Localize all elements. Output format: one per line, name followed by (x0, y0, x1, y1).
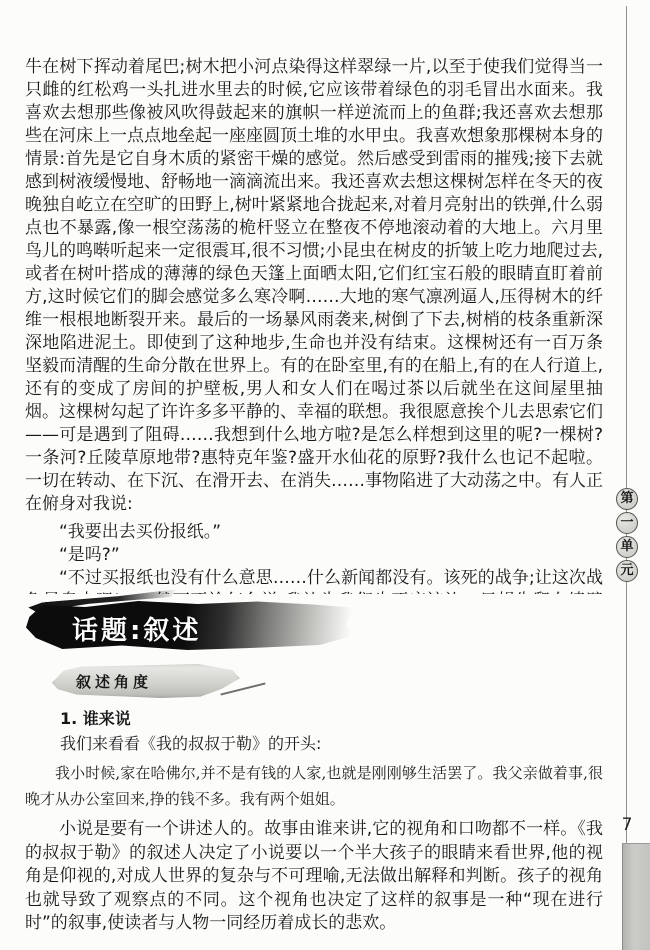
dialogue-line: “是吗?” (25, 544, 603, 567)
topic-banner-label: 话题:叙述 (72, 610, 201, 647)
excerpt-paragraph: 牛在树下挥动着尾巴;树木把小河点染得这样翠绿一片,以至于使我们觉得当一只雌的红松… (25, 56, 603, 516)
angle-badge: 叙述角度 (52, 664, 240, 698)
section-intro: 我们来看看《我的叔叔于勒》的开头: (60, 731, 321, 754)
page-number: 7 (618, 815, 636, 835)
margin-rule (626, 6, 627, 844)
unit-marker: 第 一 单 元 (615, 488, 639, 584)
unit-marker-char: 一 (616, 512, 638, 534)
topic-banner: 话题:叙述 (26, 594, 356, 654)
section-analysis: 小说是要有一个讲述人的。故事由谁来讲,它的视角和口吻都不一样。《我的叔叔于勒》的… (25, 818, 603, 938)
dialogue-line: “我要出去买份报纸。” (25, 521, 603, 544)
novel-opening-quote: 我小时候,家在哈佛尔,并不是有钱的人家,也就是刚刚够生活罢了。我父亲做着事,很晚… (25, 760, 603, 816)
angle-badge-label: 叙述角度 (76, 671, 152, 692)
dialogue-line: “不过买报纸也没有什么意思……什么新闻都没有。该死的战争;让这次战争见鬼去吧!…… (25, 567, 603, 594)
unit-marker-char: 第 (616, 488, 638, 510)
excerpt-text-block: 牛在树下挥动着尾巴;树木把小河点染得这样翠绿一片,以至于使我们觉得当一只雌的红松… (25, 56, 603, 594)
textbook-page: 牛在树下挥动着尾巴;树木把小河点染得这样翠绿一片,以至于使我们觉得当一只雌的红松… (0, 0, 650, 950)
unit-marker-char: 单 (616, 536, 638, 558)
unit-marker-char: 元 (616, 560, 638, 582)
page-edge-tab (622, 843, 650, 950)
section-heading: 1. 谁来说 (60, 706, 131, 729)
